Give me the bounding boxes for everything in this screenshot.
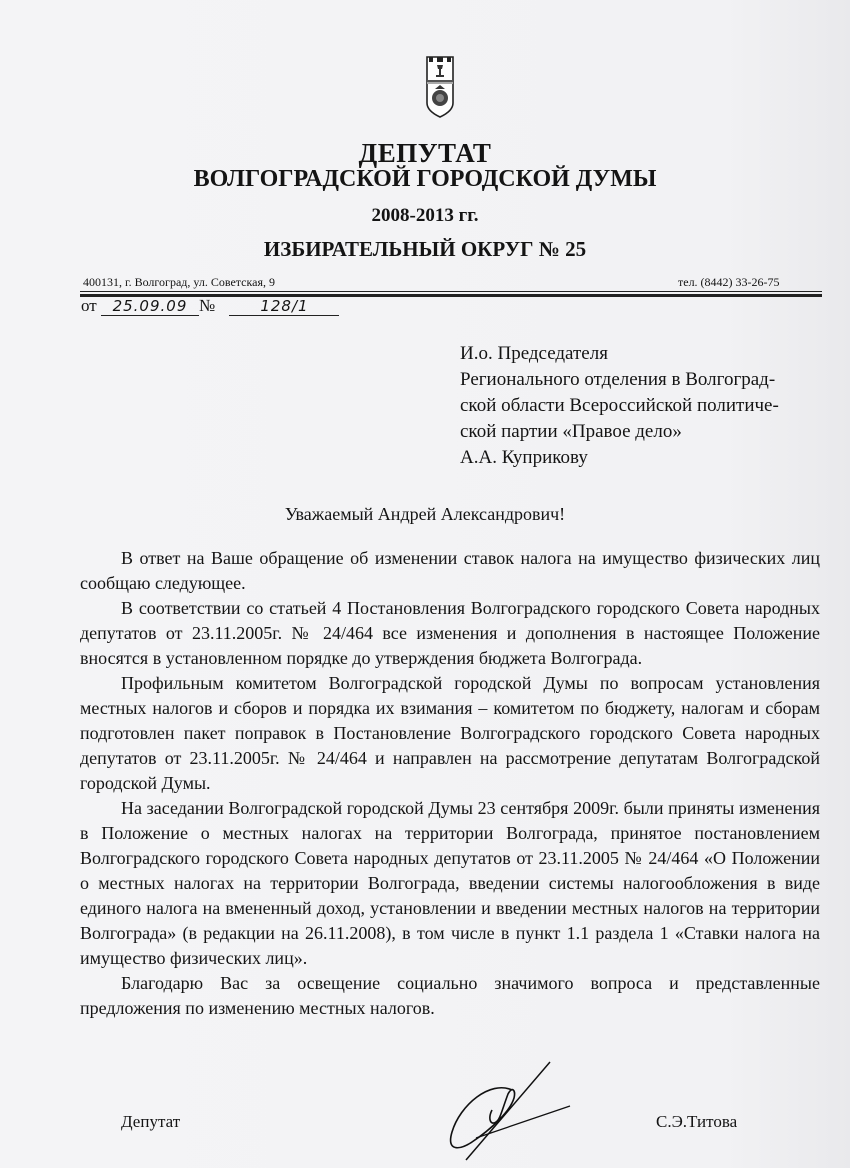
letter-body: В ответ на Ваше обращение об изменении с… xyxy=(80,546,820,1021)
salutation: Уважаемый Андрей Александрович! xyxy=(0,504,850,525)
letter-page: ДЕПУТАТ ВОЛГОГРАДСКОЙ ГОРОДСКОЙ ДУМЫ 200… xyxy=(0,0,850,1168)
letterhead-term: 2008-2013 гг. xyxy=(0,205,850,227)
addressee-line: ской партии «Правое дело» xyxy=(460,419,840,445)
reference-date: 25.09.09 xyxy=(101,297,199,316)
letterhead-divider-thin xyxy=(80,291,822,292)
addressee-block: И.о. Председателя Регионального отделени… xyxy=(460,341,840,471)
letterhead-organization: ВОЛГОГРАДСКОЙ ГОРОДСКОЙ ДУМЫ xyxy=(0,166,850,193)
letterhead-district: ИЗБИРАТЕЛЬНЫЙ ОКРУГ № 25 xyxy=(0,237,850,262)
addressee-line: ской области Всероссийской политиче- xyxy=(460,393,840,419)
body-paragraph: В ответ на Ваше обращение об изменении с… xyxy=(80,546,820,596)
signatory-name: С.Э.Титова xyxy=(656,1112,737,1132)
addressee-line: И.о. Председателя xyxy=(460,341,840,367)
body-paragraph: Профильным комитетом Волгоградской город… xyxy=(80,671,820,796)
coat-of-arms-icon xyxy=(425,55,455,119)
addressee-line: Регионального отделения в Волгоград- xyxy=(460,367,840,393)
reference-number: 128/1 xyxy=(229,297,339,316)
reference-number-label: № xyxy=(199,296,215,315)
letterhead-address: 400131, г. Волгоград, ул. Советская, 9 xyxy=(83,275,275,290)
reference-line: от 25.09.09№ 128/1 xyxy=(81,296,339,316)
body-paragraph: Благодарю Вас за освещение социально зна… xyxy=(80,971,820,1021)
handwritten-signature-icon xyxy=(430,1050,580,1165)
letterhead-phone: тел. (8442) 33-26-75 xyxy=(678,275,780,290)
body-paragraph: В соответствии со статьей 4 Постановлени… xyxy=(80,596,820,671)
addressee-line: А.А. Куприкову xyxy=(460,445,840,471)
letterhead-title: ДЕПУТАТ xyxy=(0,138,850,169)
reference-from-label: от xyxy=(81,296,97,315)
signatory-role: Депутат xyxy=(121,1112,180,1132)
body-paragraph: На заседании Волгоградской городской Дум… xyxy=(80,796,820,971)
